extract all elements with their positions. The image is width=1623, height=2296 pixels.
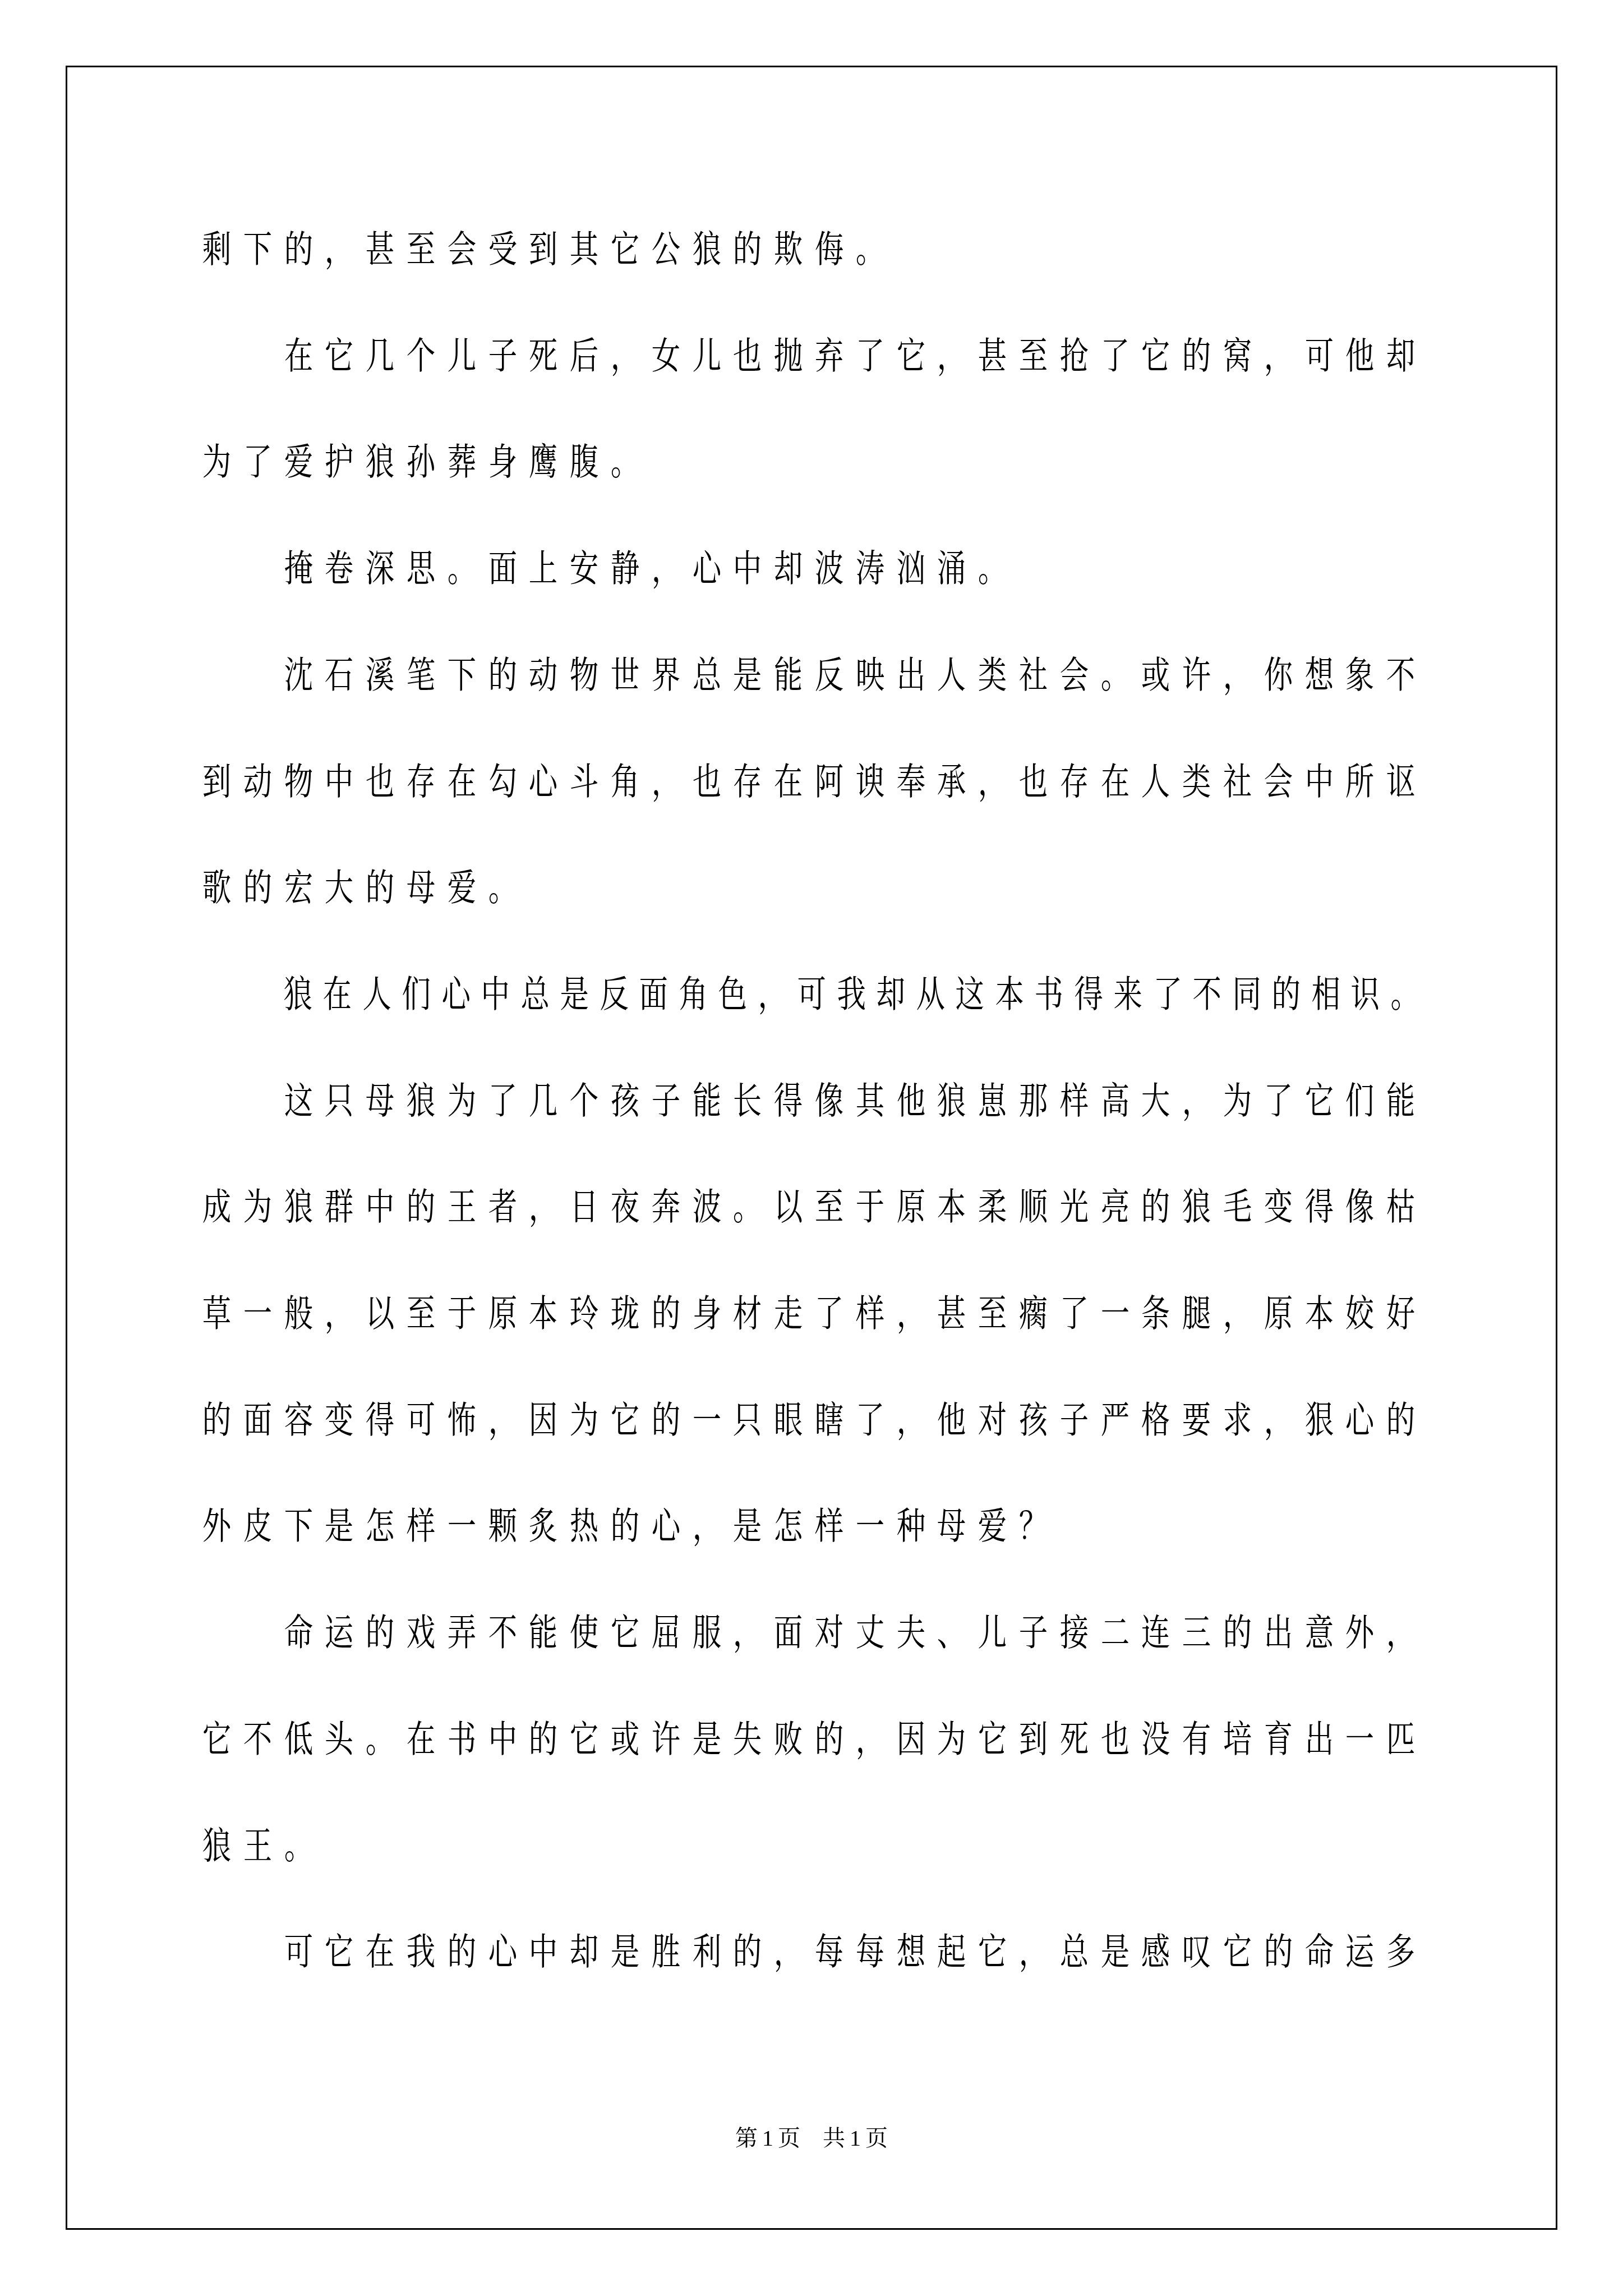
text-glyph: 好 [1385,1260,1417,1367]
text-glyph: 光 [1058,1154,1090,1260]
text-glyph: 为 [1221,1048,1253,1154]
text-glyph: 它 [201,1686,233,1793]
text-glyph: 我 [836,941,866,1048]
text-glyph: ， [323,1260,355,1367]
text-glyph: 可 [405,1367,437,1474]
text-glyph: ， [1262,1367,1294,1474]
text-glyph: 它 [323,303,355,409]
text-glyph: 求 [1221,1367,1253,1474]
text-glyph: 面 [242,1367,274,1474]
text-glyph: 窝 [1221,303,1253,409]
text-glyph: 王 [446,1154,478,1260]
total-pages-number: 1 [850,2125,861,2152]
text-glyph: 波 [691,1154,723,1260]
text-glyph: 原 [895,1154,927,1260]
text-glyph: 意 [1303,1580,1335,1686]
text-glyph: 能 [1385,1048,1417,1154]
text-glyph: ， [976,729,1008,835]
text-glyph: 瘸 [1017,1260,1049,1367]
text-glyph: 的 [527,1686,559,1793]
text-glyph: 掩 [283,516,315,622]
text-glyph: 了 [854,1367,886,1474]
text-glyph: 可 [1303,303,1335,409]
text-glyph: 狼 [201,1793,233,1899]
text-glyph: 一 [854,1473,886,1580]
text-glyph: 总 [519,941,550,1048]
text-glyph: 了 [1099,303,1131,409]
text-glyph: 枯 [1385,1154,1417,1260]
text-glyph: 是 [609,1899,641,2005]
text-glyph: 人 [1140,729,1172,835]
text-glyph: ， [895,1367,927,1474]
text-line: 在它几个儿子死后，女儿也抛弃了它，甚至抢了它的窝，可他却 [196,303,1424,409]
text-glyph: 抢 [1058,303,1090,409]
text-glyph: 上 [527,516,559,622]
text-glyph: 我 [405,1899,437,2005]
text-glyph: 讴 [1385,729,1417,835]
text-glyph: 界 [650,622,682,729]
text-glyph: 崽 [976,1048,1008,1154]
text-glyph: 大 [323,835,355,941]
text-glyph: 像 [813,1048,845,1154]
text-glyph: 却 [1385,303,1417,409]
text-glyph: 弃 [813,303,845,409]
text-glyph: 所 [1344,729,1376,835]
text-glyph: 它 [323,1899,355,2005]
text-glyph: 会 [1058,622,1090,729]
text-glyph: 在 [283,303,315,409]
text-glyph: 。 [283,1793,315,1899]
text-glyph: ， [609,303,641,409]
text-glyph: 中 [731,516,763,622]
text-glyph: 想 [1303,622,1335,729]
text-glyph: 反 [598,941,629,1048]
text-line: 剩下的，甚至会受到其它公狼的欺侮。 [196,196,1424,303]
text-glyph: 也 [691,729,723,835]
text-glyph: ， [527,1154,559,1260]
text-glyph: 承 [935,729,967,835]
text-glyph: 是 [323,1473,355,1580]
text-glyph: 。 [446,516,478,622]
text-line: 可它在我的心中却是胜利的，每每想起它，总是感叹它的命运多 [196,1899,1424,2005]
text-glyph: 面 [487,516,519,622]
text-glyph: 子 [487,303,519,409]
text-line: 这只母狼为了几个孩子能长得像其他狼崽那样高大，为了它们能 [196,1048,1424,1154]
text-glyph: 。 [487,835,519,941]
text-glyph: 下 [283,1473,315,1580]
text-glyph: 深 [364,516,396,622]
text-glyph: ， [1221,622,1253,729]
text-glyph: 为 [446,1048,478,1154]
text-glyph: 子 [1017,1580,1049,1686]
text-glyph: 的 [1221,1580,1253,1686]
text-glyph: ， [650,729,682,835]
text-glyph: 它 [609,1580,641,1686]
text-line: 歌的宏大的母爱。 [196,835,1424,941]
text-glyph: 那 [1017,1048,1049,1154]
text-glyph: 。 [976,516,1008,622]
text-glyph: 不 [1192,941,1223,1048]
text-glyph: 护 [323,409,355,516]
text-glyph: 眼 [772,1367,804,1474]
text-glyph: 涛 [854,516,886,622]
text-glyph: 它 [568,1686,600,1793]
text-glyph: 却 [875,941,906,1048]
text-glyph: 热 [568,1473,600,1580]
text-glyph: 的 [1271,941,1302,1048]
text-glyph: 儿 [691,303,723,409]
text-glyph: 来 [1113,941,1144,1048]
text-glyph: 王 [242,1793,274,1899]
text-glyph: 珑 [609,1260,641,1367]
text-glyph: 角 [609,729,641,835]
text-glyph: 怎 [772,1473,804,1580]
text-glyph: 利 [691,1899,723,2005]
text-line: 草一般，以至于原本玲珑的身材走了样，甚至瘸了一条腿，原本姣好 [196,1260,1424,1367]
text-glyph: 其 [568,196,600,303]
text-glyph: 。 [1389,941,1420,1048]
text-glyph: 戏 [405,1580,437,1686]
text-glyph: 或 [1140,622,1172,729]
text-glyph: 类 [1181,729,1212,835]
text-glyph: 安 [568,516,600,622]
text-glyph: 下 [242,196,274,303]
text-glyph: 面 [772,1580,804,1686]
text-glyph: 。 [609,409,641,516]
text-glyph: 们 [401,941,432,1048]
text-glyph: 孩 [1017,1367,1049,1474]
text-glyph: 材 [731,1260,763,1367]
text-glyph: 培 [1221,1686,1253,1793]
text-glyph: 只 [323,1048,355,1154]
text-glyph: 出 [895,622,927,729]
text-glyph: 为 [568,1367,600,1474]
text-glyph: 动 [527,622,559,729]
text-glyph: 的 [364,835,396,941]
text-glyph: 的 [242,835,274,941]
text-glyph: 玲 [568,1260,600,1367]
text-glyph: 要 [1181,1367,1212,1474]
page-number-suffix: 页 [778,2125,800,2152]
text-glyph: 同 [1231,941,1262,1048]
text-glyph: 头 [323,1686,355,1793]
text-glyph: 它 [895,303,927,409]
text-glyph: 。 [364,1686,396,1793]
text-glyph: 角 [677,941,708,1048]
text-glyph: 丈 [854,1580,886,1686]
text-glyph: 母 [405,835,437,941]
text-glyph: 心 [527,729,559,835]
text-glyph: 的 [364,1580,396,1686]
text-glyph: 三 [1181,1580,1212,1686]
text-glyph: 失 [731,1686,763,1793]
text-line: 命运的戏弄不能使它屈服，面对丈夫、儿子接二连三的出意外， [196,1580,1424,1686]
text-glyph: 它 [609,1367,641,1474]
text-glyph: 的 [283,196,315,303]
text-glyph: 狼 [364,409,396,516]
text-glyph: 阿 [813,729,845,835]
text-glyph: 的 [1262,1899,1294,2005]
text-glyph: 在 [364,1899,396,2005]
text-glyph: 样 [813,1473,845,1580]
text-glyph: 鹰 [527,409,559,516]
text-glyph: 柔 [976,1154,1008,1260]
text-line: 的面容变得可怖，因为它的一只眼瞎了，他对孩子严格要求，狠心的 [196,1367,1424,1474]
text-glyph: 匹 [1385,1686,1417,1793]
text-glyph: 个 [568,1048,600,1154]
text-glyph: 溪 [364,622,396,729]
text-glyph: 对 [976,1367,1008,1474]
text-glyph: 容 [283,1367,315,1474]
text-glyph: 几 [527,1048,559,1154]
text-glyph: ， [487,1367,519,1474]
text-glyph: 在 [405,1686,437,1793]
current-page-number: 1 [762,2125,773,2152]
text-glyph: 的 [446,1899,478,2005]
text-glyph: 得 [1073,941,1104,1048]
text-glyph: 们 [1344,1048,1376,1154]
text-glyph: 欺 [772,196,804,303]
text-glyph: 身 [487,409,519,516]
text-glyph: 后 [568,303,600,409]
total-pages-prefix: 共 [823,2125,845,2152]
text-glyph: 狼 [691,196,723,303]
text-glyph: 它 [976,1899,1008,2005]
text-glyph: 个 [405,303,437,409]
text-glyph: 中 [364,1154,396,1260]
text-glyph: 一 [691,1367,723,1474]
text-glyph: 了 [813,1260,845,1367]
text-glyph: 到 [527,196,559,303]
text-glyph: 侮 [813,196,845,303]
text-glyph: 公 [650,196,682,303]
text-glyph: 书 [1034,941,1064,1048]
text-glyph: ， [650,516,682,622]
text-glyph: ， [895,1260,927,1367]
text-glyph: 能 [691,1048,723,1154]
text-glyph: 奉 [895,729,927,835]
text-glyph: 甚 [976,303,1008,409]
text-glyph: 许 [1181,622,1212,729]
text-glyph: ， [1017,1899,1049,2005]
text-glyph: 条 [1140,1260,1172,1367]
text-glyph: 中 [527,1899,559,2005]
text-glyph: 总 [691,622,723,729]
text-glyph: 是 [731,1473,763,1580]
text-glyph: 映 [854,622,886,729]
text-glyph: 社 [1017,622,1049,729]
text-glyph: 可 [796,941,827,1048]
text-glyph: 可 [283,1899,315,2005]
text-glyph: 葬 [446,409,478,516]
text-glyph: 存 [731,729,763,835]
text-glyph: 于 [854,1154,886,1260]
text-glyph: 于 [446,1260,478,1367]
text-glyph: 会 [446,196,478,303]
text-glyph: 勾 [487,729,519,835]
text-glyph: 有 [1181,1686,1212,1793]
text-glyph: 育 [1262,1686,1294,1793]
text-glyph: 中 [323,729,355,835]
text-glyph: 样 [405,1473,437,1580]
text-glyph: 许 [650,1686,682,1793]
text-glyph: 得 [364,1367,396,1474]
text-glyph: 汹 [895,516,927,622]
text-glyph: 在 [1099,729,1131,835]
text-glyph: ， [854,1686,886,1793]
text-glyph: 怎 [364,1473,396,1580]
text-glyph: 外 [201,1473,233,1580]
text-glyph: 弄 [446,1580,478,1686]
text-glyph: 斗 [568,729,600,835]
text-glyph: 的 [201,1367,233,1474]
text-glyph: 至 [405,196,437,303]
text-glyph: ， [935,303,967,409]
text-glyph: 者 [487,1154,519,1260]
text-glyph: 变 [1262,1154,1294,1260]
text-glyph: 低 [283,1686,315,1793]
text-glyph: 多 [1385,1899,1417,2005]
text-glyph: 长 [731,1048,763,1154]
text-line: 为了爱护狼孙葬身鹰腹。 [196,409,1424,516]
text-glyph: 这 [283,1048,315,1154]
text-glyph: ， [1385,1580,1417,1686]
text-glyph: 的 [813,1686,845,1793]
text-glyph: 运 [1344,1899,1376,2005]
text-glyph: 在 [322,941,353,1048]
text-glyph: 叹 [1181,1899,1212,2005]
text-glyph: 严 [1099,1367,1131,1474]
text-glyph: 群 [323,1154,355,1260]
text-glyph: 狼 [1181,1154,1212,1260]
text-glyph: 在 [446,729,478,835]
text-glyph: 以 [772,1154,804,1260]
text-line: 掩卷深思。面上安静，心中却波涛汹涌。 [196,516,1424,622]
text-glyph: 亮 [1099,1154,1131,1260]
text-glyph: 反 [813,622,845,729]
text-glyph: 物 [283,729,315,835]
text-glyph: 它 [1303,1048,1335,1154]
text-line: 沈石溪笔下的动物世界总是能反映出人类社会。或许，你想象不 [196,622,1424,729]
text-glyph: 毛 [1221,1154,1253,1260]
text-glyph: 腿 [1181,1260,1212,1367]
text-glyph: 谀 [854,729,886,835]
text-glyph: 其 [854,1048,886,1154]
text-glyph: 想 [895,1899,927,2005]
text-glyph: 到 [1017,1686,1049,1793]
text-glyph: 的 [487,622,519,729]
text-glyph: 不 [242,1686,274,1793]
text-glyph: 狼 [405,1048,437,1154]
text-glyph: 是 [1099,1899,1131,2005]
text-glyph: 孩 [609,1048,641,1154]
text-glyph: 能 [527,1580,559,1686]
text-glyph: 爱 [283,409,315,516]
text-glyph: 心 [487,1899,519,2005]
text-glyph: 母 [364,1048,396,1154]
text-glyph: 他 [935,1367,967,1474]
text-glyph: 从 [915,941,946,1048]
text-glyph: 死 [1058,1686,1090,1793]
text-glyph: 了 [854,303,886,409]
text-glyph: 种 [895,1473,927,1580]
text-glyph: 感 [1140,1899,1172,2005]
text-line: 到动物中也存在勾心斗角，也存在阿谀奉承，也存在人类社会中所讴 [196,729,1424,835]
text-glyph: ， [1181,1048,1212,1154]
text-glyph: 得 [772,1048,804,1154]
text-glyph: 。 [731,1154,763,1260]
text-glyph: 子 [1058,1367,1090,1474]
text-glyph: 它 [976,1686,1008,1793]
text-glyph: 颗 [487,1473,519,1580]
text-glyph: 子 [650,1048,682,1154]
text-glyph: 没 [1140,1686,1172,1793]
text-glyph: 顺 [1017,1154,1049,1260]
text-glyph: ， [323,196,355,303]
text-glyph: 本 [994,941,1025,1048]
text-glyph: 人 [935,622,967,729]
text-glyph: 狼 [282,941,313,1048]
text-glyph: 至 [976,1260,1008,1367]
text-glyph: 他 [895,1048,927,1154]
text-glyph: 人 [361,941,392,1048]
text-glyph: 。 [854,196,886,303]
text-glyph: 在 [772,729,804,835]
text-line: 狼王。 [196,1793,1424,1899]
text-glyph: 也 [731,303,763,409]
text-glyph: ， [1221,1260,1253,1367]
text-glyph: 书 [446,1686,478,1793]
text-glyph: 类 [976,622,1008,729]
text-glyph: 本 [935,1154,967,1260]
text-glyph: 死 [527,303,559,409]
text-glyph: 了 [1152,941,1183,1048]
text-glyph: 却 [568,1899,600,2005]
text-glyph: 儿 [446,303,478,409]
text-glyph: 思 [405,516,437,622]
text-glyph: 却 [772,516,804,622]
text-glyph: 也 [1099,1686,1131,1793]
text-glyph: 原 [1262,1260,1294,1367]
text-glyph: 社 [1221,729,1253,835]
text-glyph: 怖 [446,1367,478,1474]
text-glyph: 了 [487,1048,519,1154]
text-glyph: 物 [568,622,600,729]
text-glyph: 下 [446,622,478,729]
total-pages-suffix: 页 [865,2125,888,2152]
text-glyph: 样 [854,1260,886,1367]
text-glyph: 爱 [976,1473,1008,1580]
text-glyph: 它 [609,196,641,303]
text-glyph: 的 [650,1367,682,1474]
text-glyph: 他 [1344,303,1376,409]
text-glyph: 你 [1262,622,1294,729]
text-glyph: 女 [650,303,682,409]
page-footer: 第1页共1页 [0,2125,1623,2152]
text-glyph: 心 [440,941,471,1048]
text-glyph: 石 [323,622,355,729]
text-glyph: 二 [1099,1580,1131,1686]
text-glyph: 总 [1058,1899,1090,2005]
text-glyph: 了 [1262,1048,1294,1154]
text-glyph: 姣 [1344,1260,1376,1367]
text-glyph: 出 [1262,1580,1294,1686]
text-glyph: 的 [609,1473,641,1580]
text-glyph: 出 [1303,1686,1335,1793]
text-glyph: 象 [1344,622,1376,729]
text-glyph: 儿 [976,1580,1008,1686]
text-glyph: 、 [935,1580,967,1686]
